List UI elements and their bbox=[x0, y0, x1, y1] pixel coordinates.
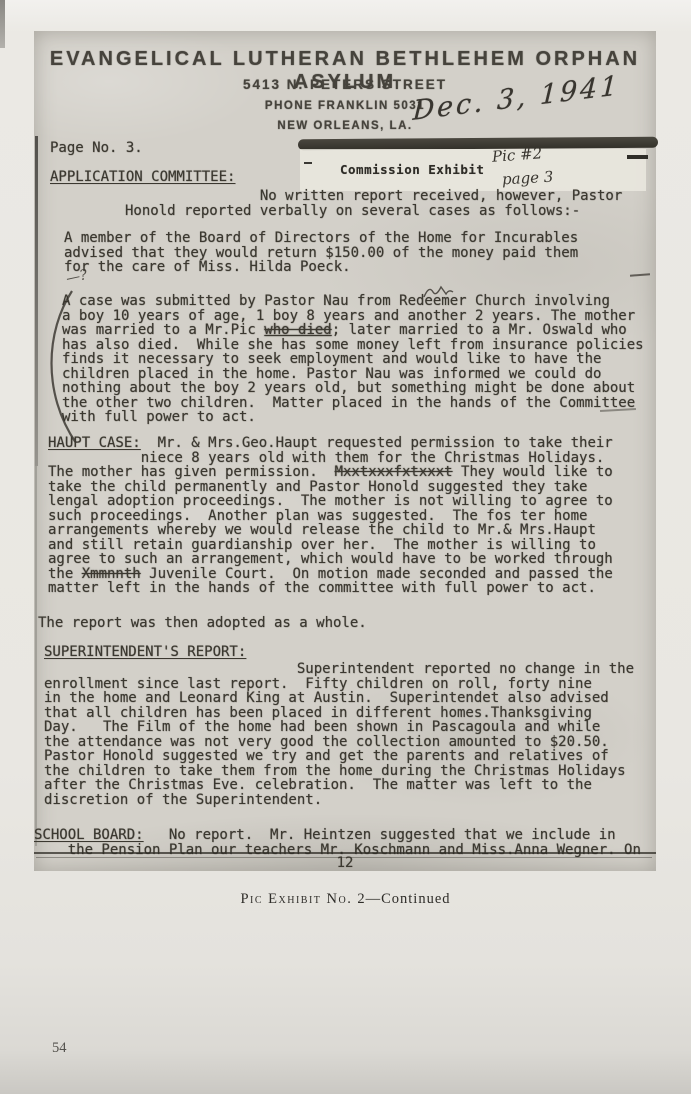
letterhead-city: NEW ORLEANS, LA. bbox=[34, 120, 656, 132]
superintendents-report-paragraph: Superintendent reported no change in the… bbox=[44, 662, 634, 807]
haupt-text-b: They would like to take the child perman… bbox=[48, 464, 613, 582]
book-page-number: 54 bbox=[52, 1040, 67, 1057]
handwritten-checkmark-squiggle bbox=[422, 283, 456, 301]
handwritten-dash bbox=[630, 273, 650, 276]
stamp-label-text: Commission Exhibit bbox=[340, 162, 484, 177]
scan-edge-artifact bbox=[0, 0, 5, 48]
report-adopted-line: The report was then adopted as a whole. bbox=[38, 616, 367, 631]
page-number-label: Page No. 3. bbox=[50, 141, 143, 156]
paragraph-oswald-case: A case was submitted by Pastor Nau from … bbox=[62, 294, 644, 425]
oswald-text-b: ; later married to a Mr. Oswald who has … bbox=[62, 322, 644, 425]
stamp-dash-right bbox=[627, 155, 648, 159]
scanned-book-page: EVANGELICAL LUTHERAN BETHLEHEM ORPHAN AS… bbox=[0, 0, 691, 1094]
application-committee-heading: APPLICATION COMMITTEE: bbox=[50, 170, 235, 185]
handwritten-margin-bracket bbox=[38, 289, 82, 447]
stamp-dash-left bbox=[304, 162, 312, 164]
typed-underline-rule bbox=[34, 852, 656, 854]
stamp-handwritten-page-number: page 3 bbox=[502, 168, 554, 189]
paragraph-intro: No written report received, however, Pas… bbox=[125, 189, 622, 218]
superintendents-report-heading: SUPERINTENDENT'S REPORT: bbox=[44, 645, 246, 660]
handwritten-query-mark: —? bbox=[65, 267, 89, 287]
photo-edge-shadow bbox=[35, 466, 37, 846]
exhibit-caption: Pic Exhibit No.2—Continued bbox=[0, 891, 691, 908]
typed-page-number: 12 bbox=[34, 855, 656, 871]
exhibit-caption-smallcaps: Pic Exhibit No. bbox=[240, 891, 352, 907]
stamp-handwritten-exhibit-number: Pic #2 bbox=[491, 144, 542, 165]
paragraph-haupt-case: HAUPT CASE: Mr. & Mrs.Geo.Haupt requeste… bbox=[48, 436, 613, 596]
document-photo: EVANGELICAL LUTHERAN BETHLEHEM ORPHAN AS… bbox=[34, 31, 656, 871]
paragraph-incurables: A member of the Board of Directors of th… bbox=[64, 231, 578, 275]
exhibit-caption-rest: 2—Continued bbox=[357, 891, 450, 907]
